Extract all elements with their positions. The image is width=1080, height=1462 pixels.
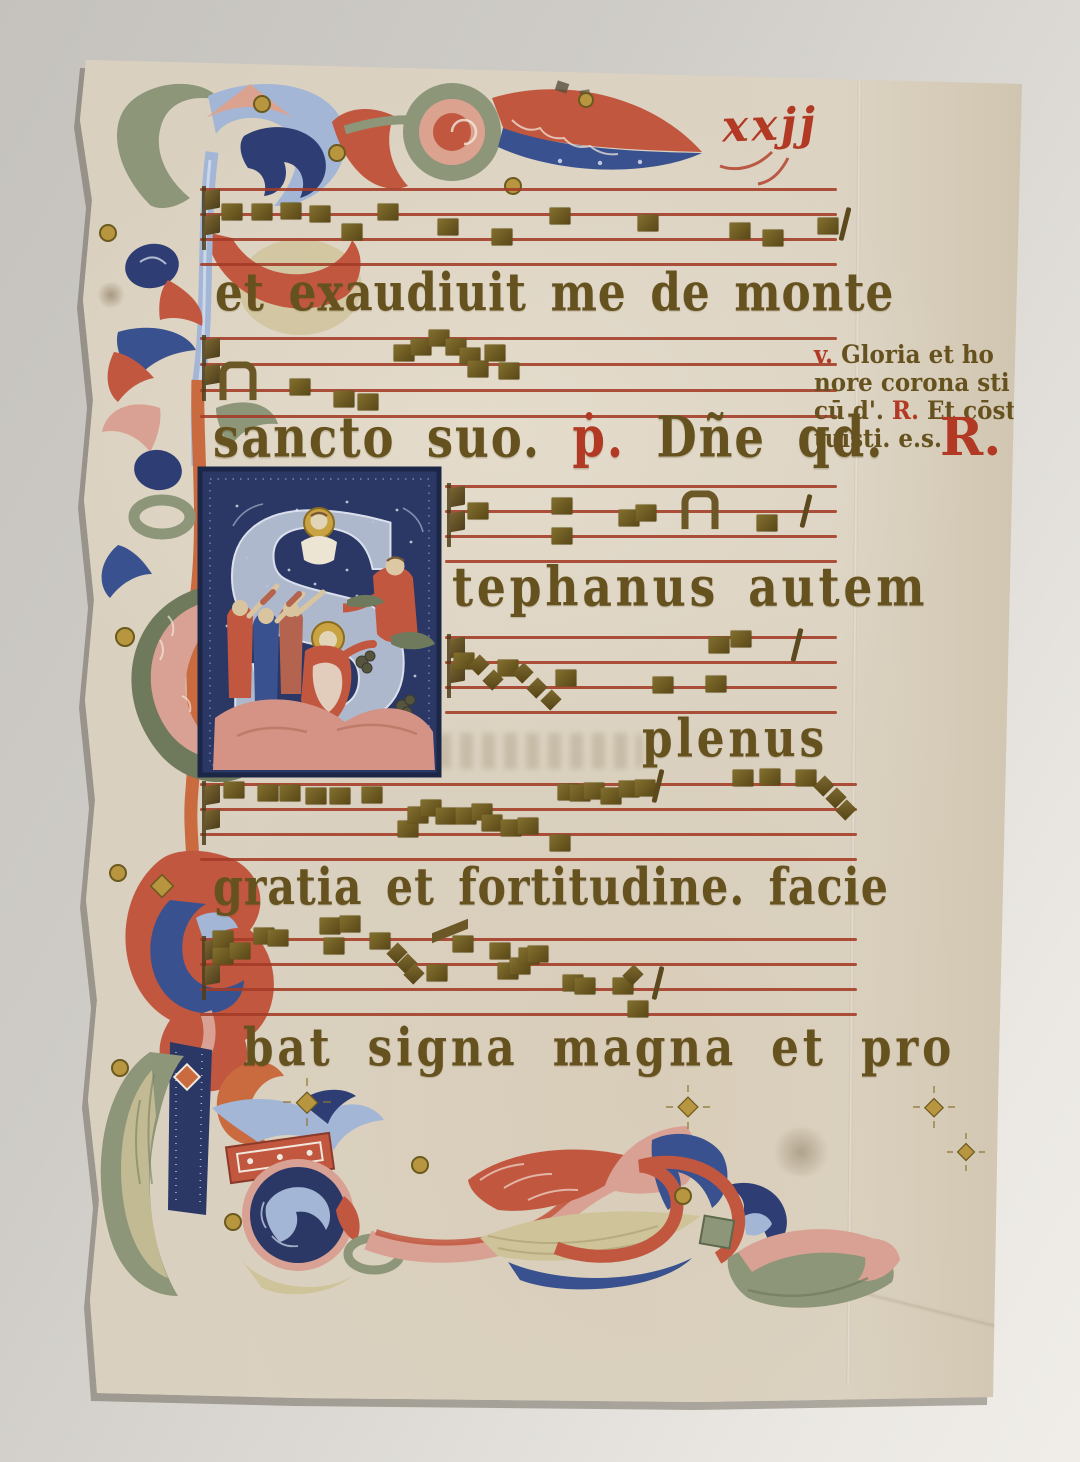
neume-s: [290, 379, 311, 396]
staff-4-line-2: [445, 661, 837, 664]
staff-5-line-2: [200, 808, 857, 811]
neume-s: [584, 783, 605, 800]
staff-6-line-3: [200, 988, 857, 991]
chant-line-3: tephanus autem: [452, 560, 928, 615]
margin-note-segment: Gloria et ho: [841, 340, 994, 370]
neume-s: [411, 339, 432, 356]
staff-3-clef-flag: [450, 486, 465, 508]
rocky-mound: [213, 699, 435, 770]
neume-s: [706, 676, 727, 693]
neume-s: [429, 330, 450, 347]
neume-s: [552, 528, 573, 545]
neume-s: [453, 936, 474, 953]
chant-line-5-segment: gratia et fortitudine. facie: [213, 856, 889, 916]
staff-4-line-1: [445, 636, 837, 639]
staff-5-line-3: [200, 833, 857, 836]
gold-sparkles: [283, 1078, 985, 1171]
neume-s: [628, 1001, 649, 1018]
staff-6-line-4: [200, 1013, 857, 1016]
neume-s: [575, 978, 596, 995]
staff-6-clef-flag: [205, 939, 220, 961]
chant-line-2-segment: ṗ.: [572, 404, 656, 470]
staff-3-line-2: [445, 510, 837, 513]
neume-s: [499, 363, 520, 380]
neume-s: [638, 215, 659, 232]
neume-d: [468, 654, 489, 675]
neume-s: [492, 229, 513, 246]
responsory-mark: R.: [940, 412, 1001, 464]
staff-1-clef-flag: [205, 189, 220, 211]
chant-line-5: gratia et fortitudine. facie: [213, 861, 889, 912]
staff-3-clef-bar: [447, 483, 451, 547]
folio-number: xxjj: [721, 98, 819, 152]
neume-s: [760, 769, 781, 786]
neume-o: [432, 919, 468, 944]
margin-note-segment: v.: [814, 340, 841, 370]
diagonal-crease: [803, 1277, 1027, 1335]
historiated-initial-stoning-of-st-stephen: S: [197, 466, 442, 778]
neume-s: [310, 206, 331, 223]
neume-d: [526, 677, 547, 698]
neume-s: [563, 975, 584, 992]
vertical-fold-crease: [846, 75, 861, 1385]
neume-s: [796, 770, 817, 787]
chant-line-6-segment: bat signa magna et pro: [243, 1016, 955, 1078]
neume-s: [570, 785, 591, 802]
neume-s: [482, 815, 503, 832]
neume-s: [558, 784, 579, 801]
neume-d: [386, 942, 407, 963]
neume-a: [682, 490, 719, 529]
staff-4-line-4: [445, 711, 837, 714]
chant-line-3-segment: tephanus autem: [452, 555, 928, 619]
neume-s: [370, 933, 391, 950]
staff-4-clef-flag: [450, 662, 465, 684]
neume-s: [763, 230, 784, 247]
neume-a: [220, 361, 257, 400]
staff-3-line-1: [445, 485, 837, 488]
show-through-text: [438, 733, 643, 769]
staff-5-clef-flag: [205, 809, 220, 831]
neume-d: [540, 689, 561, 710]
margin-note-segment: nore corona sti: [814, 368, 1010, 398]
manuscript-page: S: [0, 0, 1080, 1462]
staff-6-line-2: [200, 963, 857, 966]
neume-s: [268, 930, 289, 947]
staff-4-clef-flag: [450, 637, 465, 659]
staff-2-line-3: [200, 389, 837, 392]
staff-3-line-3: [445, 535, 837, 538]
staff-1-clef-flag: [205, 214, 220, 236]
margin-note-line-2: nore corona sti: [814, 370, 1010, 395]
staff-1-line-1: [200, 188, 837, 191]
folio-flourish: [720, 152, 788, 184]
neume-s: [468, 361, 489, 378]
neume-d: [403, 963, 424, 984]
neume-s: [340, 916, 361, 933]
staff-6-line-1: [200, 938, 857, 941]
neume-s: [818, 218, 839, 235]
neume-s: [358, 394, 379, 411]
neume-s: [635, 780, 656, 797]
neume-s: [230, 943, 251, 960]
margin-note-segment: tuisti. e.s.: [814, 424, 942, 454]
chant-line-6: bat signa magna et pro: [243, 1021, 955, 1073]
neume-s: [730, 223, 751, 240]
ink-stain: [96, 282, 126, 308]
neume-s: [552, 498, 573, 515]
neume-s: [498, 963, 519, 980]
staff-4-clef-bar: [447, 634, 451, 698]
chant-line-1-segment: et exaudiuit me de monte: [215, 261, 894, 323]
neume-v: [651, 769, 664, 803]
neume-s: [468, 503, 489, 520]
neume-d: [396, 953, 417, 974]
neume-s: [490, 943, 511, 960]
chant-line-1: et exaudiuit me de monte: [215, 266, 894, 318]
neume-s: [485, 345, 506, 362]
staff-1-line-2: [200, 213, 837, 216]
neume-s: [550, 835, 571, 852]
neume-s: [528, 946, 549, 963]
neume-s: [613, 978, 634, 995]
neume-d: [835, 799, 856, 820]
border-top-corner: [117, 80, 702, 335]
staff-1-line-3: [200, 238, 837, 241]
neume-s: [653, 677, 674, 694]
neume-v: [790, 628, 803, 662]
neume-d: [825, 787, 846, 808]
neume-s: [398, 821, 419, 838]
border-bottom-scroll: [212, 1062, 900, 1308]
neume-s: [394, 345, 415, 362]
margin-note-line-4: tuisti. e.s.: [814, 426, 942, 451]
neume-s: [421, 800, 442, 817]
staff-6-clef-bar: [202, 936, 206, 1000]
neume-s: [281, 203, 302, 220]
neume-s: [472, 804, 493, 821]
chant-text-layer: et exaudiuit me de montesancto suo. ṗ. D…: [0, 0, 1080, 1462]
neume-s: [446, 339, 467, 356]
smudge-stain: [770, 1128, 832, 1176]
chant-line-4: plenus: [642, 712, 828, 764]
margin-note-segment: R.: [892, 396, 927, 426]
neume-s: [320, 918, 341, 935]
neume-s: [334, 391, 355, 408]
staff-2-clef-bar: [202, 335, 206, 401]
neume-s: [556, 670, 577, 687]
neume-s: [757, 515, 778, 532]
neume-s: [438, 219, 459, 236]
neume-s: [501, 820, 522, 837]
margin-note-line-1: v. Gloria et ho: [814, 342, 994, 367]
neume-s: [510, 958, 531, 975]
neume-d: [813, 775, 834, 796]
staff-2-clef-flag: [205, 338, 220, 360]
neume-s: [518, 818, 539, 835]
chant-line-4-segment: plenus: [642, 707, 828, 769]
margin-note-segment: cū d'.: [814, 396, 892, 426]
neume-v: [838, 207, 851, 241]
neume-s: [254, 928, 275, 945]
neume-s: [601, 788, 622, 805]
staff-2-clef-flag: [205, 364, 220, 386]
neume-s: [378, 204, 399, 221]
neume-s: [619, 781, 640, 798]
neume-v: [799, 494, 812, 528]
neume-d: [512, 662, 533, 683]
neume-s: [252, 204, 273, 221]
staff-6-clef-flag: [205, 964, 220, 986]
neume-s: [498, 660, 519, 677]
neume-s: [519, 948, 540, 965]
staff-4-line-3: [445, 686, 837, 689]
neume-d: [482, 669, 503, 690]
staff-1-clef-bar: [202, 186, 206, 250]
neume-s: [550, 208, 571, 225]
neume-s: [436, 808, 457, 825]
staff-3-clef-flag: [450, 511, 465, 533]
neume-s: [222, 204, 243, 221]
neume-s: [408, 807, 429, 824]
illuminated-border-svg: [0, 0, 1080, 1462]
staff-5-line-4: [200, 858, 857, 861]
neume-s: [213, 948, 234, 965]
neume-s: [456, 808, 477, 825]
neume-s: [213, 931, 234, 948]
staff-3-line-4: [445, 560, 837, 563]
neume-s: [454, 653, 475, 670]
neume-s: [342, 224, 363, 241]
staff-2-line-2: [200, 363, 837, 366]
neume-s: [709, 637, 730, 654]
neume-s: [460, 348, 481, 365]
staff-2-line-4: [200, 415, 837, 418]
neume-s: [324, 938, 345, 955]
staff-5-clef-bar: [202, 781, 206, 845]
music-notation-layer: [0, 0, 1080, 1462]
neume-s: [427, 965, 448, 982]
neume-s: [619, 510, 640, 527]
neume-s: [733, 770, 754, 787]
neume-s: [636, 505, 657, 522]
neume-v: [651, 966, 664, 1000]
neume-d: [622, 964, 643, 985]
staff-1-line-4: [200, 263, 837, 266]
neume-s: [731, 631, 752, 648]
staff-2-line-1: [200, 337, 837, 340]
